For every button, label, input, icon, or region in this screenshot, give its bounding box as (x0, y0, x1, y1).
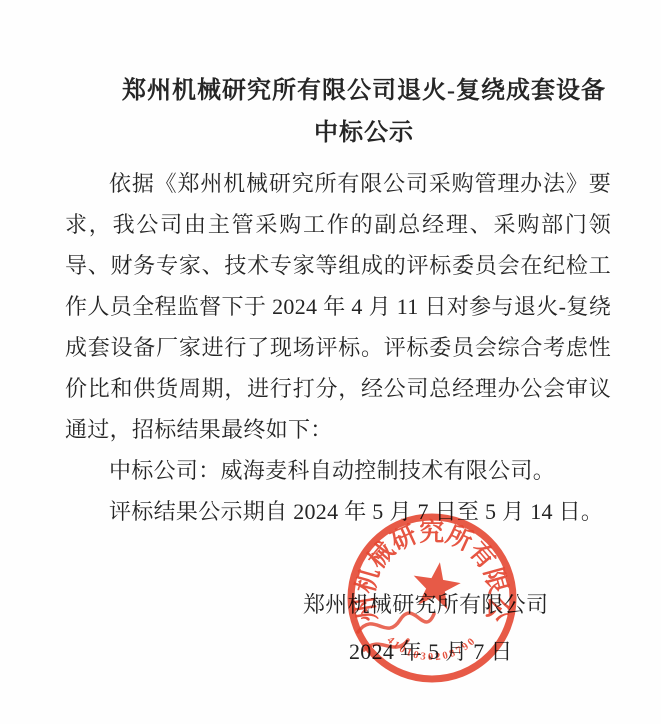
signature-company-name: 郑州机械研究所有限公司 (303, 588, 548, 619)
document-title-line1: 郑州机械研究所有限公司退火-复绕成套设备 (91, 70, 637, 105)
document-body: 依据《郑州机械研究所有限公司采购管理办法》要求，我公司由主管采购工作的副总经理、… (65, 163, 611, 532)
document-page: 郑州机械研究所有限公司退火-复绕成套设备 中标公示 依据《郑州机械研究所有限公司… (0, 0, 661, 724)
body-paragraph-2: 中标公司：威海麦科自动控制技术有限公司。 (65, 450, 611, 491)
body-paragraph-1: 依据《郑州机械研究所有限公司采购管理办法》要求，我公司由主管采购工作的副总经理、… (65, 163, 611, 450)
signature-date: 2024 年 5 月 7 日 (349, 635, 513, 666)
body-paragraph-3: 评标结果公示期自 2024 年 5 月 7 日至 5 月 14 日。 (65, 491, 611, 532)
document-title-line2: 中标公示 (91, 112, 637, 147)
